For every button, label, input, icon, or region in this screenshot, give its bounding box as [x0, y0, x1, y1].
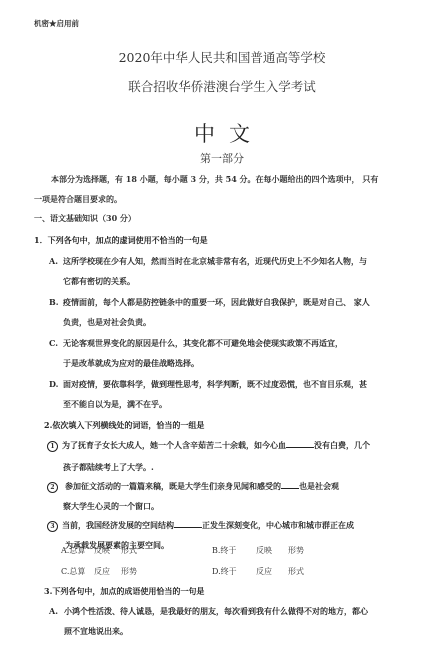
- q2-choice-d: D.终于: [212, 566, 237, 577]
- q3-option-a-line1: 小鸿个性活泼、待人诚恳，是我最好的朋友，每次看到我有什么做得不对的地方，都心: [64, 606, 368, 617]
- q3-option-a-label: A.: [49, 606, 58, 616]
- q2-choice-d-word3: 形式: [288, 566, 304, 577]
- q1-option-c-line2: 于是改革就成为应对的最佳战略选择。: [63, 358, 199, 369]
- section-heading: 一、语文基础知识（30 分）: [34, 213, 136, 224]
- question-1-stem: 1．下列各句中，加点的虚词使用不恰当的一句是: [34, 235, 208, 246]
- q2-choice-b: B.终于: [212, 545, 236, 556]
- q1-option-a-line2: 它都有密切的关系。: [63, 276, 135, 287]
- q2-sentence-3: 3当前，我国经济发展的空间结构正发生深刻变化，中心城市和城市群正在成: [47, 520, 354, 532]
- fill-blank-2: [281, 481, 299, 489]
- q2-sentence-2-line2: 察大学生心灵的一个窗口。: [63, 501, 159, 512]
- q2-choice-a-word2: 反映: [94, 545, 110, 556]
- fill-blank-1: [286, 440, 314, 448]
- q2-choice-a-word3: 形式: [121, 545, 137, 556]
- q1-option-d-line1: 面对疫情，要依靠科学，做到理性思考，科学判断，既不过度恐慌，也不盲目乐观，甚: [63, 379, 367, 390]
- q2-sentence-2: 2参加征文活动的一篇篇来稿，既是大学生们亲身见闻和感受的也是社会观: [47, 481, 339, 493]
- q3-option-a-line2: 照不宣地说出来。: [64, 626, 128, 637]
- q2-choice-b-word2: 反映: [256, 545, 272, 556]
- fill-blank-3: [174, 520, 202, 528]
- circled-number-2: 2: [47, 482, 58, 493]
- question-2-stem: 2.依次填入下列横线处的词语，恰当的一组是: [44, 420, 204, 431]
- q1-option-d-line2: 至不能自以为是，满不在乎。: [63, 399, 167, 410]
- q1-option-c-line1: 无论客观世界变化的原因是什么，其变化都不可避免地会使现实政策不再适宜，: [63, 338, 343, 349]
- q1-option-b-label: B.: [49, 297, 59, 307]
- instructions-line2: 一项是符合题目要求的。: [34, 194, 122, 205]
- instructions-line1: 本部分为选择题，有 18 小题，每小题 3 分，共 54 分。在每小题给出的四个…: [51, 174, 378, 185]
- q1-option-a-line1: 这所学校现在少有人知，然而当时在北京城非常有名，近现代历史上不少知名人物，与: [63, 256, 367, 267]
- confidential-label: 机密★启用前: [34, 18, 79, 29]
- q1-option-b-line2: 负责，也是对社会负责。: [63, 317, 151, 328]
- subject-title: 中文: [0, 118, 444, 148]
- part-title: 第一部分: [0, 150, 444, 166]
- q1-option-d-label: D.: [49, 379, 58, 389]
- exam-title-line2: 联合招收华侨港澳台学生入学考试: [0, 77, 444, 95]
- q2-sentence-1: 1为了抚育子女长大成人，她一个人含辛茹苦二十余载，如今心血没有白费，几个: [47, 440, 370, 452]
- q2-choice-c: C.总算: [61, 566, 85, 577]
- q2-choice-d-word2: 反应: [256, 566, 272, 577]
- q2-choice-c-word3: 形势: [121, 566, 137, 577]
- exam-title-line1: 2020年中华人民共和国普通高等学校: [0, 48, 444, 66]
- question-3-stem: 3.下列各句中，加点的成语使用恰当的一句是: [44, 586, 204, 597]
- q2-choice-b-word3: 形势: [288, 545, 304, 556]
- q2-sentence-1-line2: 孩子都陆续考上了大学。.: [63, 462, 154, 473]
- circled-number-3: 3: [47, 521, 58, 532]
- q2-choice-c-word2: 反应: [94, 566, 110, 577]
- q1-option-a-label: A.: [49, 256, 58, 266]
- q1-option-b-line1: 疫情面前，每个人都是防控链条中的重要一环，因此做好自我保护，既是对自己、 家人: [63, 297, 370, 308]
- q1-option-c-label: C.: [49, 338, 58, 348]
- q2-choice-a: A.总算: [61, 545, 85, 556]
- circled-number-1: 1: [47, 441, 58, 452]
